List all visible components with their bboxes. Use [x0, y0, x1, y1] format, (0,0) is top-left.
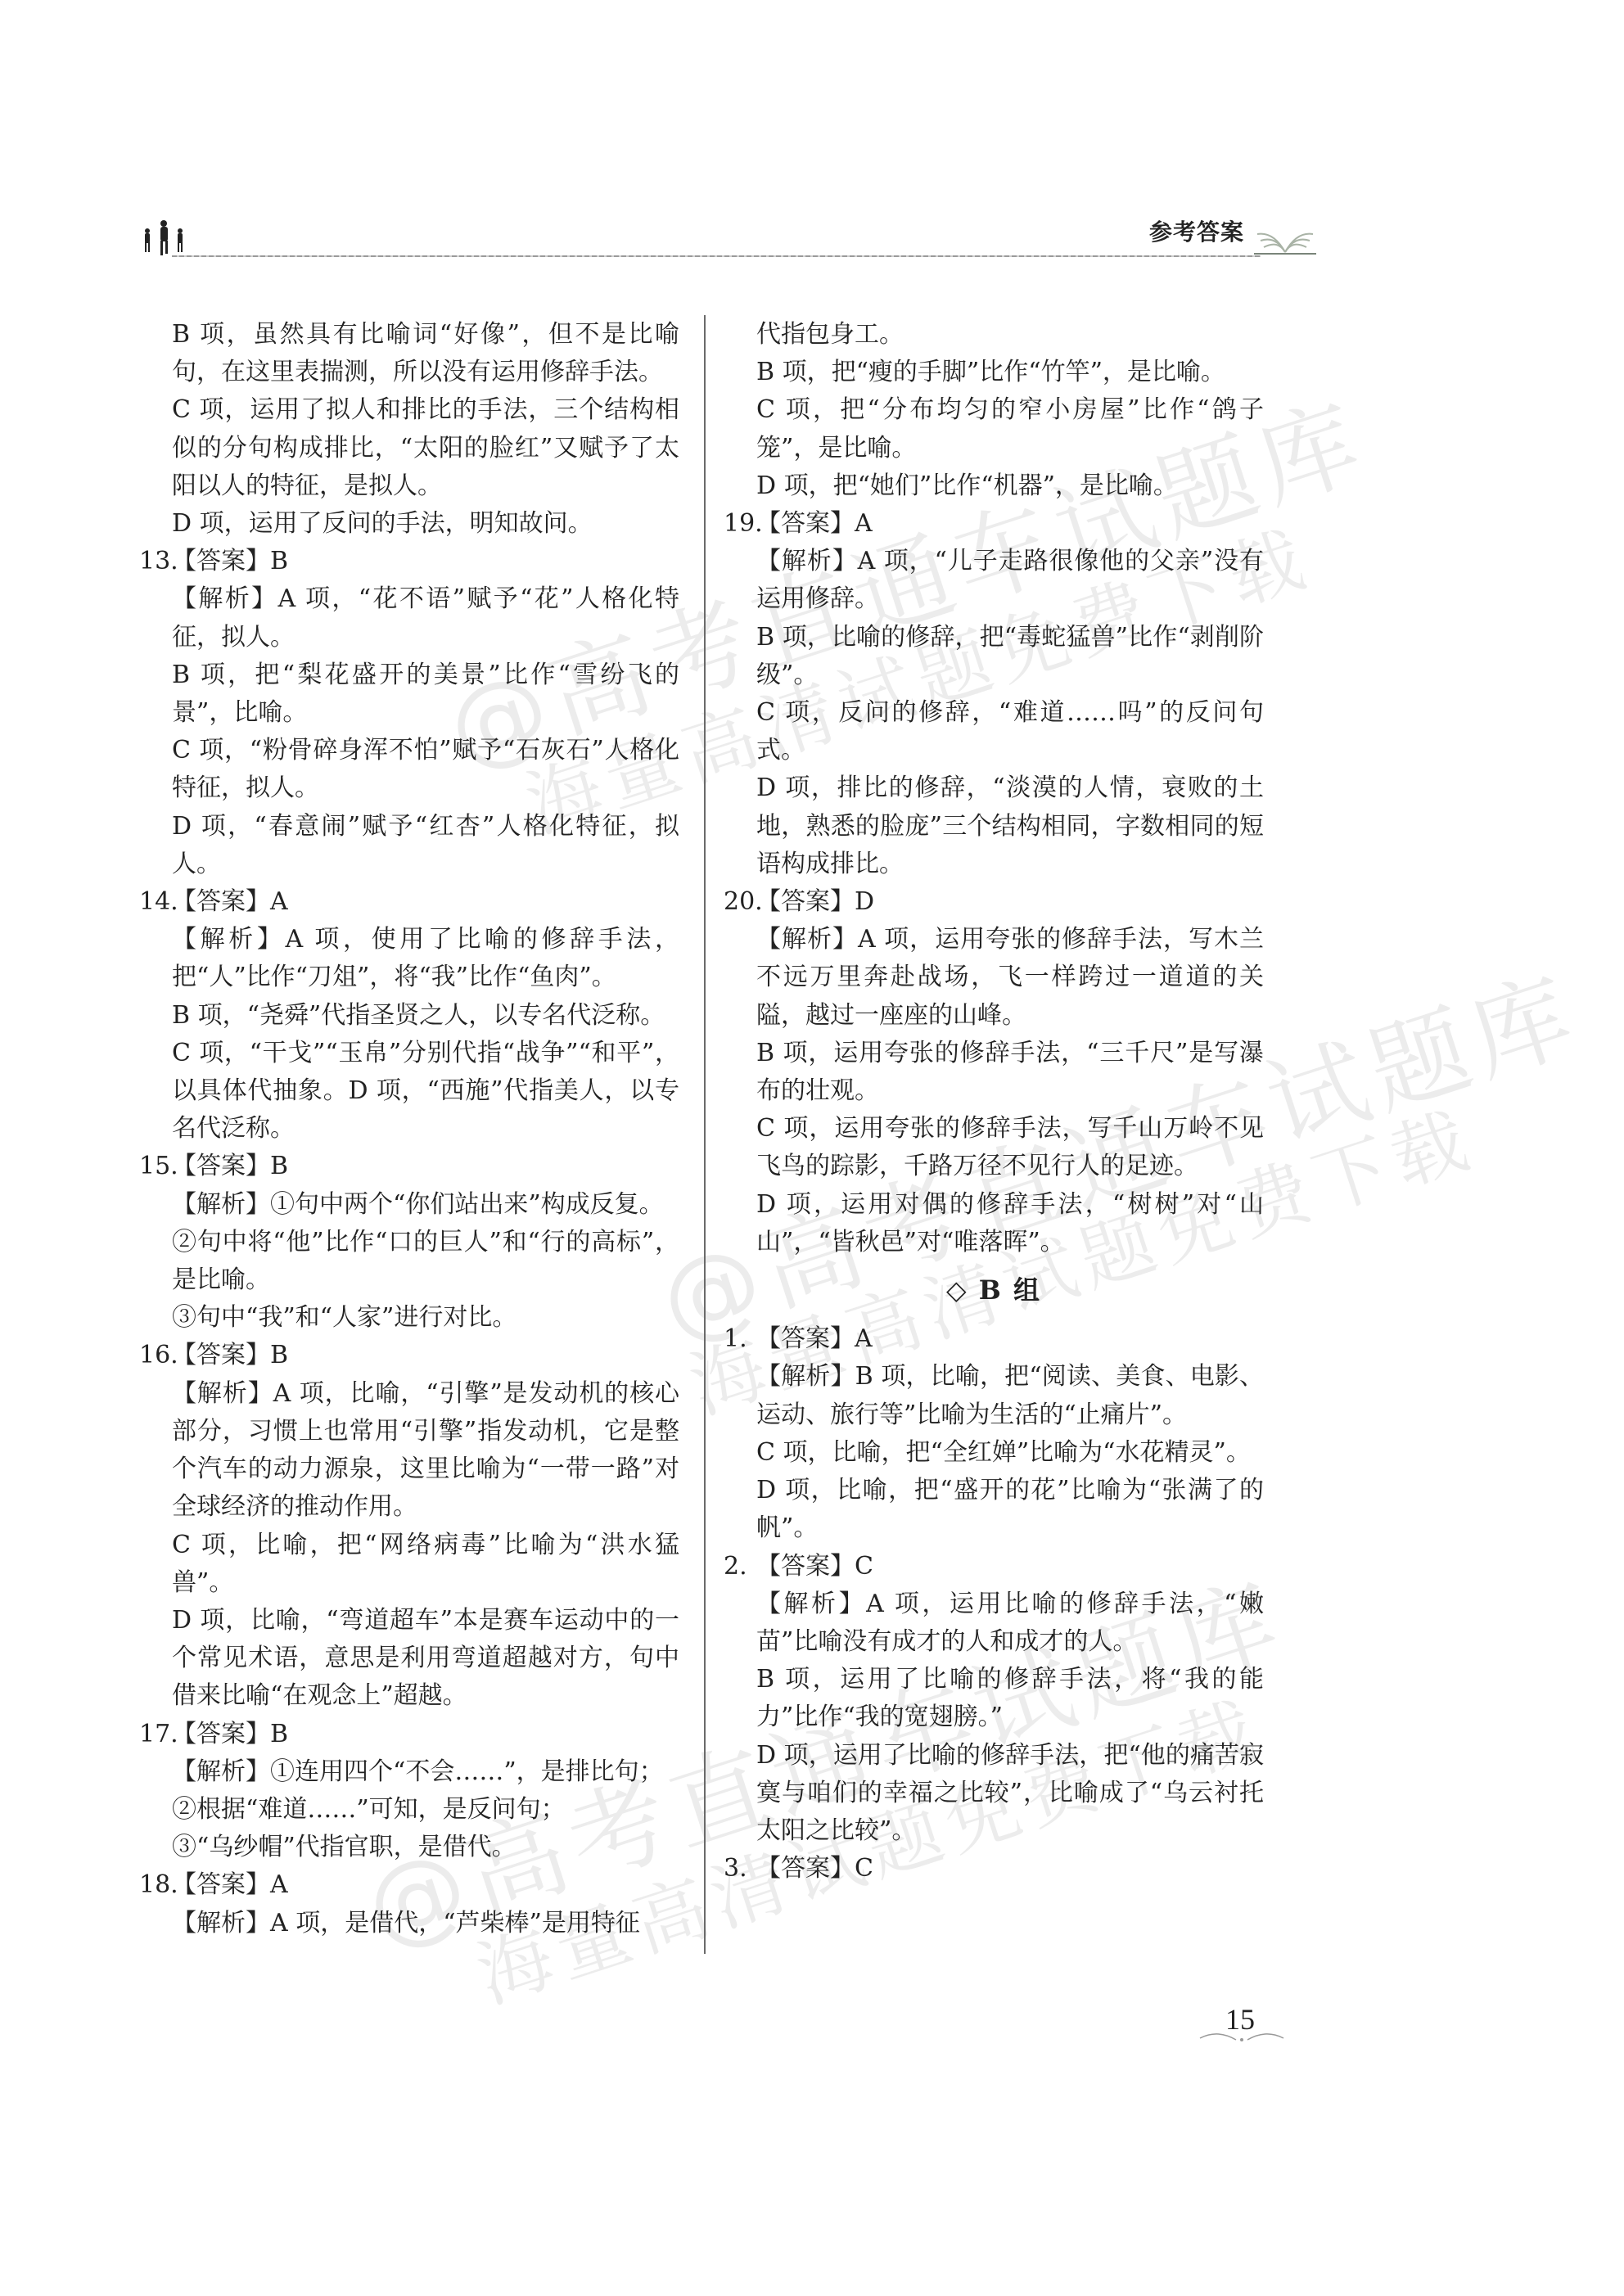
question-number: 17.: [139, 1716, 172, 1753]
analysis-text: ②句中将“他”比作“口的巨人”和“行的高标”，是比喻。: [139, 1224, 679, 1299]
analysis-text: B 项，“尧舜”代指圣贤之人，以专名代泛称。: [139, 997, 679, 1035]
analysis-text: 【解析】A 项，“花不语”赋予“花”人格化特征，拟人。: [139, 580, 679, 656]
answer-text: 【答案】A: [172, 1866, 288, 1904]
question-number: 15.: [139, 1148, 172, 1185]
answer-line: 20.【答案】D: [724, 883, 1264, 921]
section-heading-b-group: ◇ B 组: [724, 1271, 1264, 1309]
answer-text: 【答案】B: [172, 1716, 288, 1753]
analysis-text: B 项，把“梨花盛开的美景”比作“雪纷飞的景”，比喻。: [139, 656, 679, 732]
analysis-text: ②根据“难道……”可知，是反问句；: [139, 1791, 679, 1829]
answer-line: 13.【答案】B: [139, 543, 679, 580]
analysis-text: D 项，排比的修辞，“淡漠的人情，衰败的土地，熟悉的脸庞”三个结构相同，字数相同…: [724, 769, 1264, 883]
right-column: 代指包身工。 B 项，把“瘦的手脚”比作“竹竿”，是比喻。 C 项，把“分布均匀…: [724, 316, 1264, 1888]
analysis-text: B 项，运用了比喻的修辞手法，将“我的能力”比作“我的宽翅膀。”: [724, 1661, 1264, 1736]
answer-line: 17.【答案】B: [139, 1716, 679, 1753]
analysis-text: B 项，运用夸张的修辞手法，“三千尺”是写瀑布的壮观。: [724, 1035, 1264, 1110]
answer-text: 【答案】C: [756, 1548, 873, 1586]
question-number: 14.: [139, 883, 172, 921]
question-number: 19.: [724, 505, 756, 543]
analysis-text: 【解析】A 项，使用了比喻的修辞手法，把“人”比作“刀俎”，将“我”比作“鱼肉”…: [139, 921, 679, 996]
question-number: 1.: [724, 1320, 756, 1358]
analysis-text: C 项，“干戈”“玉帛”分别代指“战争”“和平”，以具体代抽象。D 项，“西施”…: [139, 1035, 679, 1148]
answer-line: 15.【答案】B: [139, 1148, 679, 1185]
analysis-text: 代指包身工。: [724, 316, 1264, 354]
answer-line: 1.【答案】A: [724, 1320, 1264, 1358]
answer-line: 16.【答案】B: [139, 1337, 679, 1374]
analysis-text: C 项，“粉骨碎身浑不怕”赋予“石灰石”人格化特征，拟人。: [139, 732, 679, 807]
analysis-text: D 项，比喻，把“盛开的花”比喻为“张满了的帆”。: [724, 1472, 1264, 1547]
header-rule: [172, 255, 1261, 257]
open-book-icon: [1252, 213, 1318, 259]
analysis-text: C 项，比喻，把“网络病毒”比喻为“洪水猛兽”。: [139, 1527, 679, 1602]
analysis-text: D 项，运用了反问的手法，明知故问。: [139, 505, 679, 543]
page-header: 参考答案: [139, 196, 1318, 262]
answer-line: 2.【答案】C: [724, 1548, 1264, 1586]
analysis-text: B 项，把“瘦的手脚”比作“竹竿”，是比喻。: [724, 354, 1264, 391]
analysis-text: C 项，运用了拟人和排比的手法，三个结构相似的分句构成排比，“太阳的脸红”又赋予…: [139, 391, 679, 505]
answer-line: 14.【答案】A: [139, 883, 679, 921]
column-divider: [704, 315, 706, 1954]
analysis-text: D 项，运用对偶的修辞手法，“树树”对“山山”，“皆秋邑”对“唯落晖”。: [724, 1186, 1264, 1261]
header-title: 参考答案: [1149, 214, 1244, 247]
answer-text: 【答案】C: [756, 1850, 873, 1888]
answer-text: 【答案】B: [172, 543, 288, 580]
analysis-text: 【解析】A 项，运用比喻的修辞手法，“嫩苗”比喻没有成才的人和成才的人。: [724, 1586, 1264, 1661]
runners-icon: [139, 219, 188, 257]
analysis-text: 【解析】B 项，比喻，把“阅读、美食、电影、运动、旅行等”比喻为生活的“止痛片”…: [724, 1358, 1264, 1433]
question-number: 3.: [724, 1850, 756, 1888]
question-number: 18.: [139, 1866, 172, 1904]
analysis-text: D 项，“春意闹”赋予“红杏”人格化特征，拟人。: [139, 808, 679, 883]
analysis-text: B 项，比喻的修辞，把“毒蛇猛兽”比作“剥削阶级”。: [724, 619, 1264, 694]
analysis-text: ③“乌纱帽”代指官职，是借代。: [139, 1829, 679, 1866]
question-number: 2.: [724, 1548, 756, 1586]
analysis-text: 【解析】A 项，是借代，“芦柴棒”是用特征: [139, 1905, 679, 1942]
left-column: B 项，虽然具有比喻词“好像”，但不是比喻句，在这里表揣测，所以没有运用修辞手法…: [139, 316, 679, 1942]
question-number: 20.: [724, 883, 756, 921]
analysis-text: C 项，把“分布均匀的窄小房屋”比作“鸽子笼”，是比喻。: [724, 391, 1264, 467]
analysis-text: C 项，运用夸张的修辞手法，写千山万岭不见飞鸟的踪影，千路万径不见行人的足迹。: [724, 1110, 1264, 1185]
answer-text: 【答案】A: [756, 1320, 873, 1358]
answer-line: 18.【答案】A: [139, 1866, 679, 1904]
page-ornament-icon: [1197, 2032, 1287, 2043]
answer-text: 【答案】A: [756, 505, 873, 543]
analysis-text: D 项，比喻，“弯道超车”本是赛车运动中的一个常见术语，意思是利用弯道超越对方，…: [139, 1602, 679, 1716]
answer-text: 【答案】B: [172, 1337, 288, 1374]
question-number: 16.: [139, 1337, 172, 1374]
answer-text: 【答案】A: [172, 883, 288, 921]
analysis-text: 【解析】①句中两个“你们站出来”构成反复。: [139, 1186, 679, 1224]
question-number: 13.: [139, 543, 172, 580]
analysis-text: ③句中“我”和“人家”进行对比。: [139, 1299, 679, 1337]
answer-text: 【答案】D: [756, 883, 874, 921]
analysis-text: C 项，比喻，把“全红婵”比喻为“水花精灵”。: [724, 1434, 1264, 1472]
analysis-text: 【解析】A 项，“儿子走路很像他的父亲”没有运用修辞。: [724, 543, 1264, 618]
answer-text: 【答案】B: [172, 1148, 288, 1185]
analysis-text: B 项，虽然具有比喻词“好像”，但不是比喻句，在这里表揣测，所以没有运用修辞手法…: [139, 316, 679, 391]
answer-line: 3.【答案】C: [724, 1850, 1264, 1888]
answer-line: 19.【答案】A: [724, 505, 1264, 543]
analysis-text: 【解析】A 项，比喻，“引擎”是发动机的核心部分，习惯上也常用“引擎”指发动机，…: [139, 1375, 679, 1527]
analysis-text: 【解析】①连用四个“不会……”，是排比句；: [139, 1753, 679, 1791]
analysis-text: D 项，运用了比喻的修辞手法，把“他的痛苦寂寞与咱们的幸福之比较”，比喻成了“乌…: [724, 1737, 1264, 1851]
analysis-text: C 项，反问的修辞，“难道……吗”的反问句式。: [724, 694, 1264, 769]
analysis-text: 【解析】A 项，运用夸张的修辞手法，写木兰不远万里奔赴战场，飞一样跨过一道道的关…: [724, 921, 1264, 1035]
analysis-text: D 项，把“她们”比作“机器”，是比喻。: [724, 467, 1264, 505]
